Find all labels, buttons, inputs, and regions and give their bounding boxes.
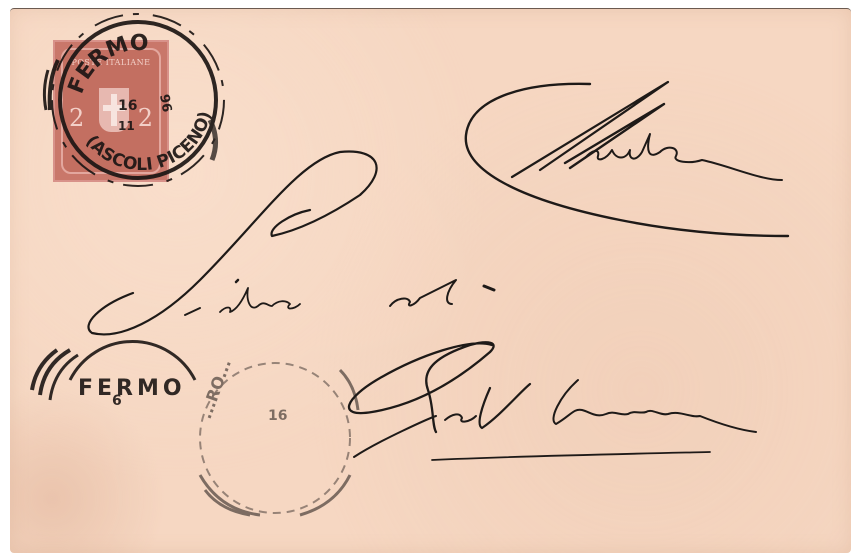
postmark-fermo-1: FERMO (ASCOLI PICENO) 16 11 96	[44, 14, 224, 186]
postmark-day: 6	[112, 393, 122, 409]
postmark-faded: ...RO... 16	[196, 357, 358, 515]
postmark-month: 11	[118, 119, 135, 133]
handwriting-marche	[466, 82, 788, 236]
postmark-day: 16	[268, 408, 287, 424]
postmark-place: FERMO	[64, 31, 149, 97]
handwriting-castellammare	[349, 342, 756, 460]
ink-layer: FERMO (ASCOLI PICENO) 16 11 96 FERMO 6 .…	[0, 0, 860, 559]
postmark-day: 16	[118, 98, 137, 114]
postmark-year: 96	[156, 93, 174, 113]
postmark-fermo-2: FERMO 6	[32, 342, 195, 409]
postmark-place: ...RO...	[196, 357, 235, 422]
postmark-place: FERMO	[78, 376, 186, 401]
